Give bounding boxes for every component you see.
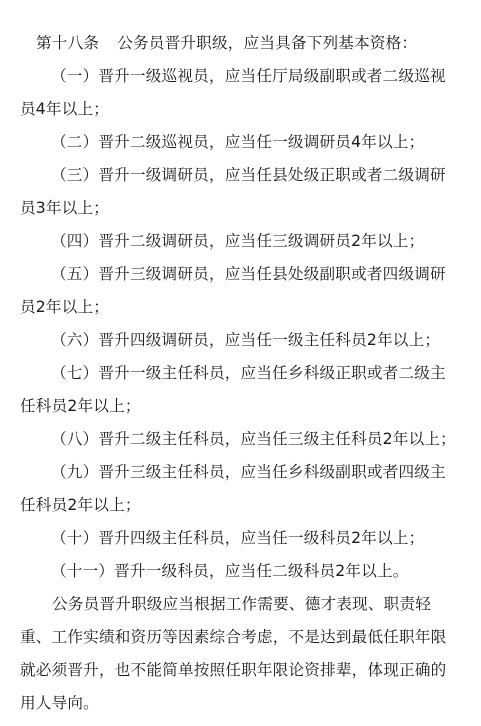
document-body: 第十八条公务员晋升职级，应当具备下列基本资格： （一）晋升一级巡视员，应当任厅局… (20, 27, 460, 720)
list-item-2: （二）晋升二级巡视员，应当任一级调研员4年以上； (20, 126, 460, 159)
closing-paragraph: 公务员晋升职级应当根据工作需要、德才表现、职责轻重、工作实绩和资历等因素综合考虑… (20, 588, 460, 720)
list-item-5: （五）晋升三级调研员，应当任县处级副职或者四级调研员2年以上； (20, 258, 460, 324)
list-item-7: （七）晋升一级主任科员，应当任乡科级正职或者二级主任科员2年以上； (20, 357, 460, 423)
list-item-9: （九）晋升三级主任科员，应当任乡科级副职或者四级主任科员2年以上； (20, 456, 460, 522)
article-heading: 第十八条公务员晋升职级，应当具备下列基本资格： (20, 27, 460, 60)
article-heading-text: 公务员晋升职级，应当具备下列基本资格： (117, 34, 417, 52)
list-item-8: （八）晋升二级主任科员，应当任三级主任科员2年以上； (20, 423, 460, 456)
list-item-10: （十）晋升四级主任科员，应当任一级科员2年以上； (20, 522, 460, 555)
list-item-4: （四）晋升二级调研员，应当任三级调研员2年以上； (20, 225, 460, 258)
list-item-6: （六）晋升四级调研员，应当任一级主任科员2年以上； (20, 324, 460, 357)
list-item-3: （三）晋升一级调研员，应当任县处级正职或者二级调研员3年以上； (20, 159, 460, 225)
list-item-1: （一）晋升一级巡视员，应当任厅局级副职或者二级巡视员4年以上； (20, 60, 460, 126)
list-item-11: （十一）晋升一级科员，应当任二级科员2年以上。 (20, 555, 460, 588)
article-number: 第十八条 (36, 34, 99, 52)
